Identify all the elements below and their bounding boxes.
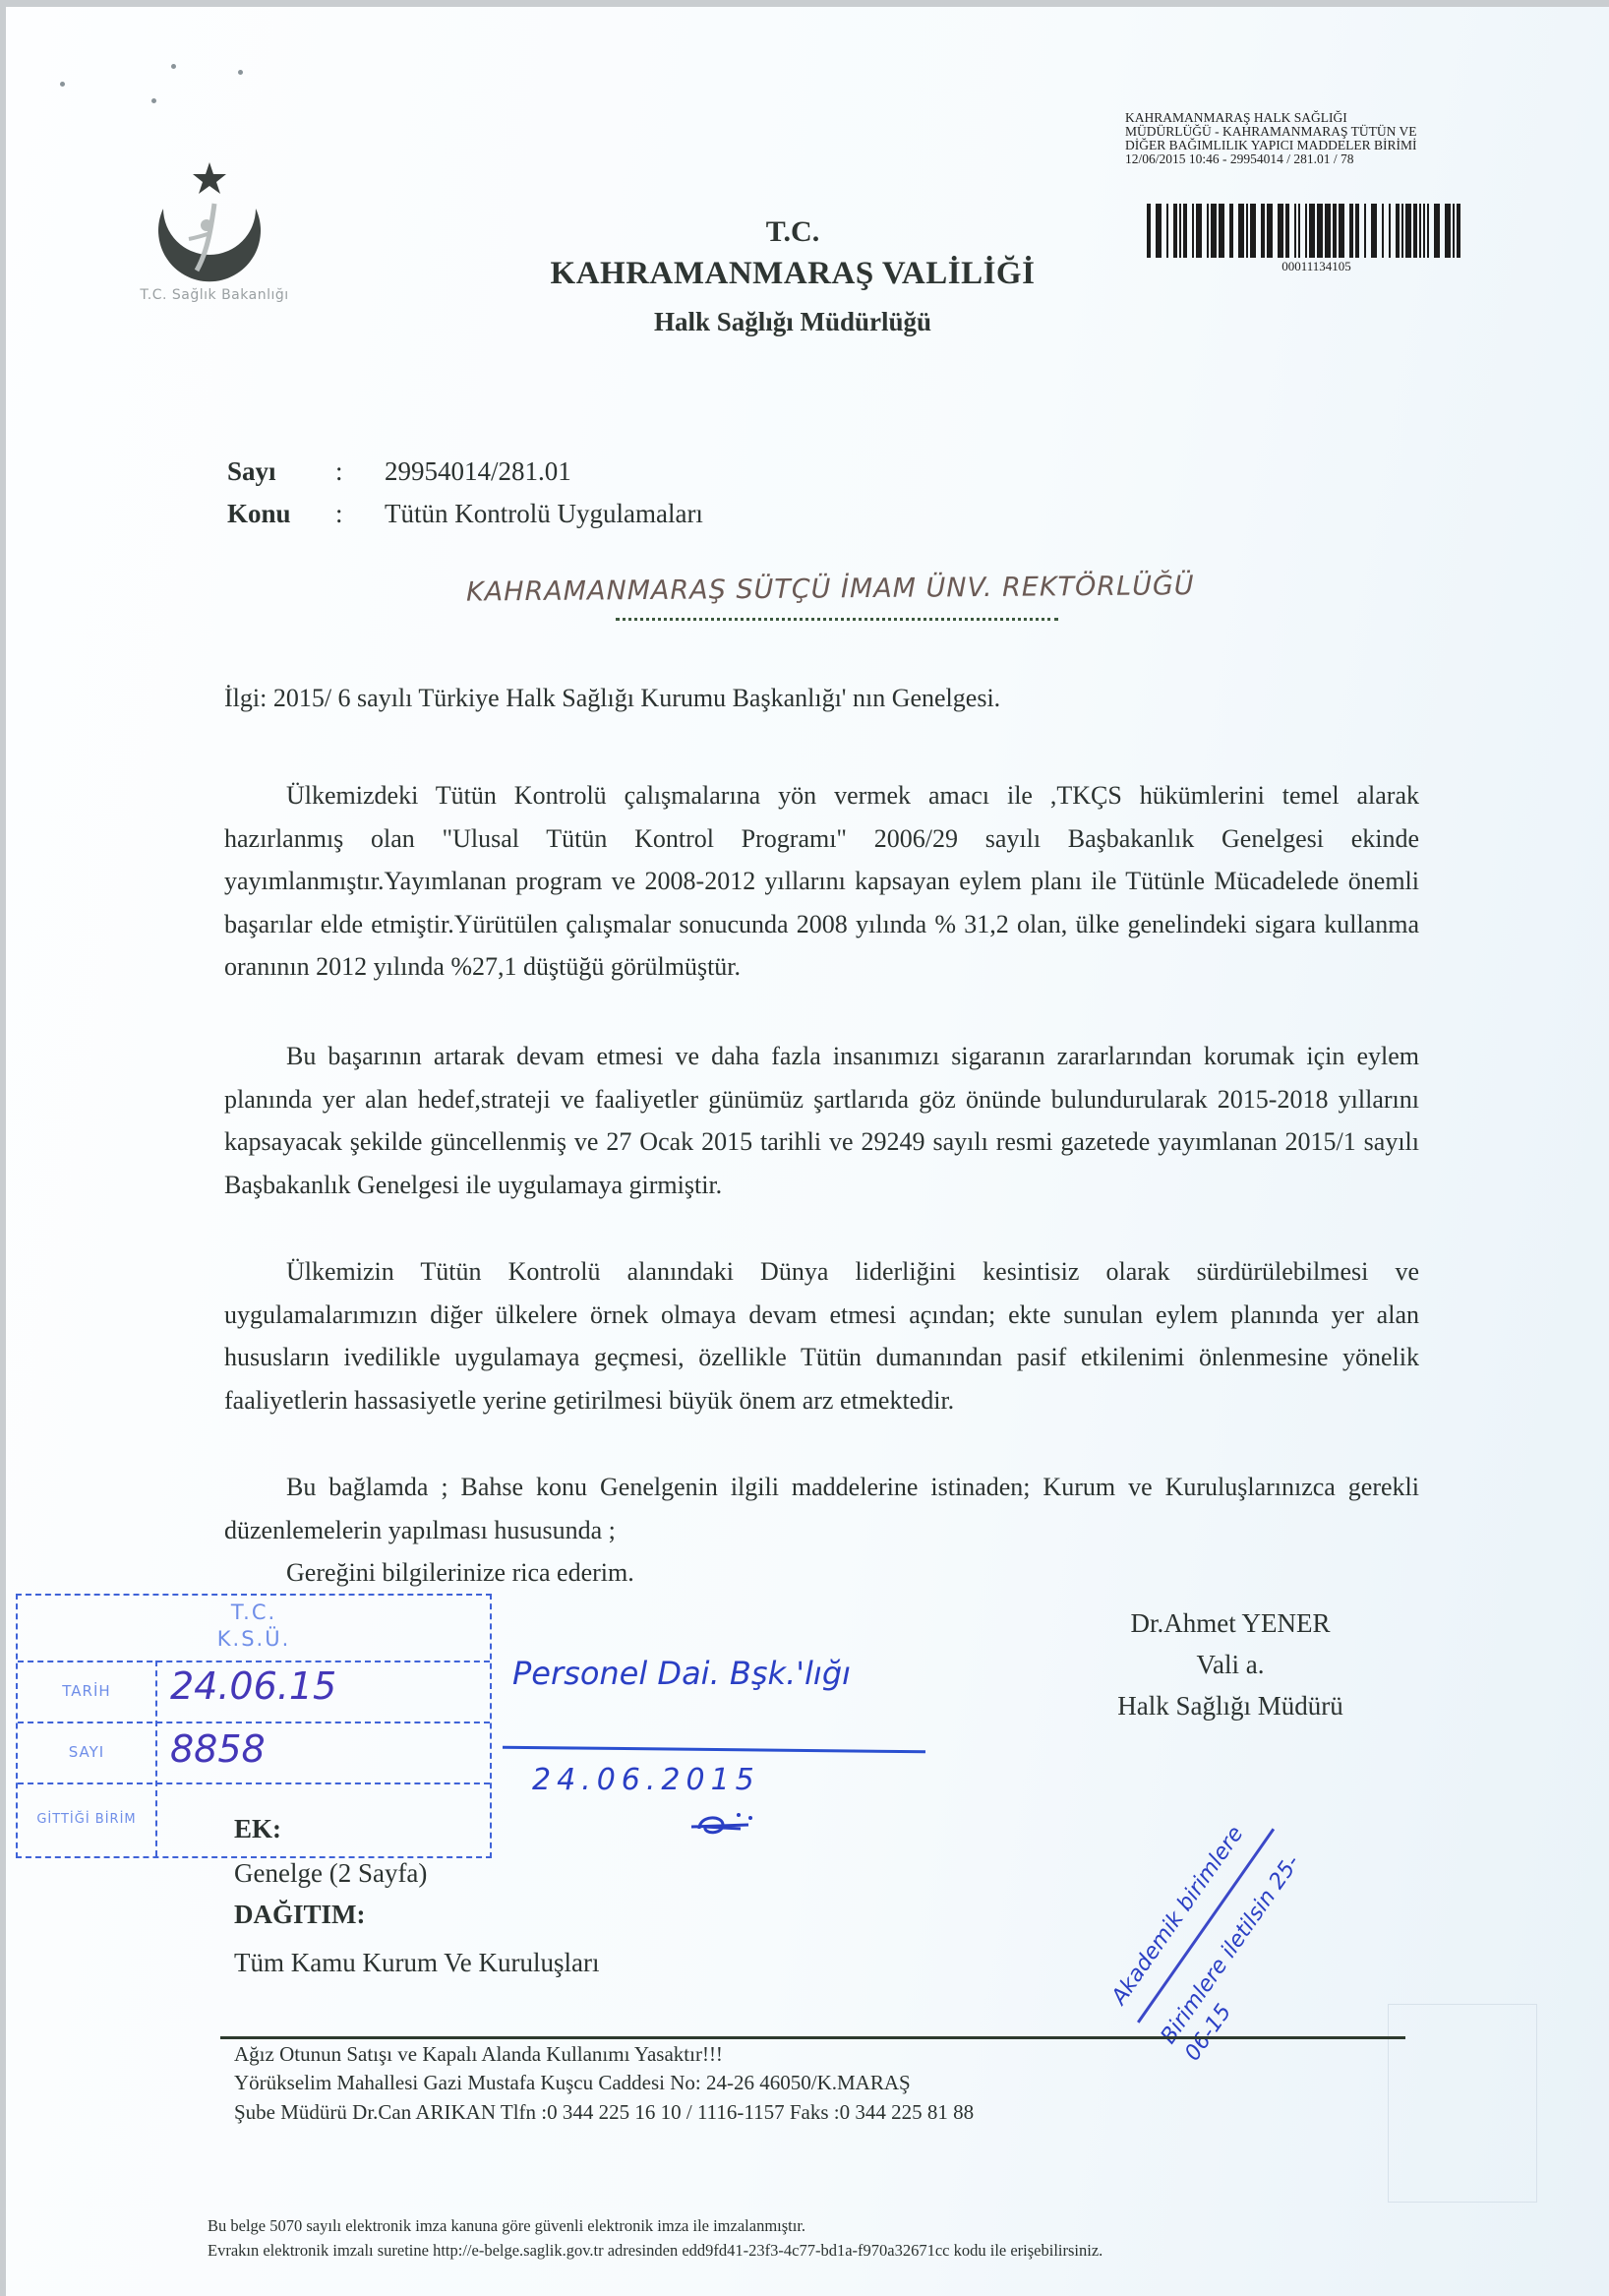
signatory-role: Vali a. bbox=[1058, 1650, 1402, 1680]
esignature-notice: Bu belge 5070 sayılı elektronik imza kan… bbox=[208, 2216, 805, 2236]
reference-number-row: Sayı:29954014/281.01 bbox=[227, 456, 571, 487]
handwritten-initials-icon bbox=[689, 1809, 758, 1839]
registry-line: DİĞER BAĞIMLILIK YAPICI MADDELER BİRİMİ bbox=[1125, 139, 1538, 152]
body-paragraph: Bu başarının artarak devam etmesi ve dah… bbox=[224, 1035, 1419, 1206]
footer-warning: Ağız Otunun Satışı ve Kapalı Alanda Kull… bbox=[234, 2040, 723, 2069]
separator: : bbox=[335, 499, 385, 529]
footer-contact: Şube Müdürü Dr.Can ARIKAN Tlfn :0 344 22… bbox=[234, 2098, 974, 2127]
stamp-divider bbox=[18, 1661, 490, 1662]
logo-caption: T.C. Sağlık Bakanlığı bbox=[116, 287, 313, 303]
stamp-sayi-value: 8858 bbox=[170, 1727, 266, 1771]
handwritten-date: 24.06.2015 bbox=[532, 1763, 760, 1797]
signatory-name: Dr.Ahmet YENER bbox=[1058, 1608, 1402, 1639]
stamp-divider bbox=[18, 1722, 490, 1723]
scan-speck bbox=[238, 70, 243, 75]
distribution-value: Tüm Kamu Kurum Ve Kuruluşları bbox=[234, 1948, 599, 1978]
receipt-stamp: T.C. K.S.Ü. TARİH 24.06.15 SAYI 8858 GİT… bbox=[16, 1594, 492, 1858]
header-directorate: Halk Sağlığı Müdürlüğü bbox=[537, 307, 1048, 337]
sayi-label: Sayı bbox=[227, 456, 335, 487]
stamp-divider bbox=[18, 1782, 490, 1784]
subject-row: Konu:Tütün Kontrolü Uygulamaları bbox=[227, 499, 703, 529]
document-page: T.C. Sağlık Bakanlığı T.C. KAHRAMANMARAŞ… bbox=[6, 7, 1609, 2296]
recipient-handwritten: KAHRAMANMARAŞ SÜTÇÜ İMAM ÜNV. REKTÖRLÜĞÜ bbox=[466, 568, 1499, 607]
registry-line: 12/06/2015 10:46 - 29954014 / 281.01 / 7… bbox=[1125, 152, 1538, 166]
esignature-verification[interactable]: Evrakın elektronik imzalı suretine http:… bbox=[208, 2241, 1102, 2261]
ek-label: EK: bbox=[234, 1814, 281, 1844]
handwritten-department-note: Personel Dai. Bşk.'lığı bbox=[512, 1655, 851, 1692]
show-through-stamp bbox=[1388, 2004, 1537, 2203]
stamp-divider bbox=[155, 1661, 157, 1856]
signatory-title: Halk Sağlığı Müdürü bbox=[1058, 1691, 1402, 1722]
separator: : bbox=[335, 456, 385, 487]
header-tc: T.C. bbox=[537, 215, 1048, 249]
handwritten-diagonal-note-bottom: Birimlere iletilsin 25-06-15 bbox=[1155, 1840, 1339, 2067]
konu-label: Konu bbox=[227, 499, 335, 529]
stamp-header: T.C. K.S.Ü. bbox=[155, 1600, 352, 1653]
stamp-tarih-label: TARİH bbox=[18, 1682, 155, 1700]
stamp-destination-label: GİTTİĞİ BİRİM bbox=[18, 1812, 155, 1827]
body-paragraph: Ülkemizdeki Tütün Kontrolü çalışmalarına… bbox=[224, 774, 1419, 989]
stamp-header-line: T.C. bbox=[155, 1600, 352, 1626]
stamp-sayi-label: SAYI bbox=[18, 1743, 155, 1761]
distribution-label: DAĞITIM: bbox=[234, 1900, 366, 1930]
stamp-header-line: K.S.Ü. bbox=[155, 1626, 352, 1653]
scan-speck bbox=[171, 64, 176, 69]
handwritten-underline bbox=[503, 1746, 925, 1754]
footer-address: Yörükselim Mahallesi Gazi Mustafa Kuşcu … bbox=[234, 2069, 911, 2097]
konu-value: Tütün Kontrolü Uygulamaları bbox=[385, 499, 703, 528]
header-governorship: KAHRAMANMARAŞ VALİLİĞİ bbox=[537, 256, 1048, 292]
registry-line: KAHRAMANMARAŞ HALK SAĞLIĞI bbox=[1125, 111, 1538, 125]
closing-paragraph: Gereğini bilgilerinize rica ederim. bbox=[224, 1551, 1419, 1595]
sayi-value: 29954014/281.01 bbox=[385, 456, 571, 486]
body-paragraph: Bu bağlamda ; Bahse konu Genelgenin ilgi… bbox=[224, 1466, 1419, 1551]
attachment-item: Genelge (2 Sayfa) bbox=[234, 1858, 427, 1889]
registry-line: MÜDÜRLÜĞÜ - KAHRAMANMARAŞ TÜTÜN VE bbox=[1125, 125, 1538, 139]
body-paragraph: Ülkemizin Tütün Kontrolü alanındaki Düny… bbox=[224, 1250, 1419, 1421]
scan-speck bbox=[60, 82, 65, 87]
reference-line: İlgi: 2015/ 6 sayılı Türkiye Halk Sağlığ… bbox=[224, 684, 1000, 713]
barcode-icon bbox=[1147, 204, 1486, 258]
barcode-number: 00011134105 bbox=[1147, 259, 1486, 274]
footer-divider bbox=[220, 2036, 1405, 2039]
registry-label: KAHRAMANMARAŞ HALK SAĞLIĞI MÜDÜRLÜĞÜ - K… bbox=[1125, 111, 1538, 166]
recipient-dotted-line bbox=[616, 618, 1058, 621]
stamp-tarih-value: 24.06.15 bbox=[170, 1664, 336, 1708]
scan-speck bbox=[151, 98, 156, 103]
